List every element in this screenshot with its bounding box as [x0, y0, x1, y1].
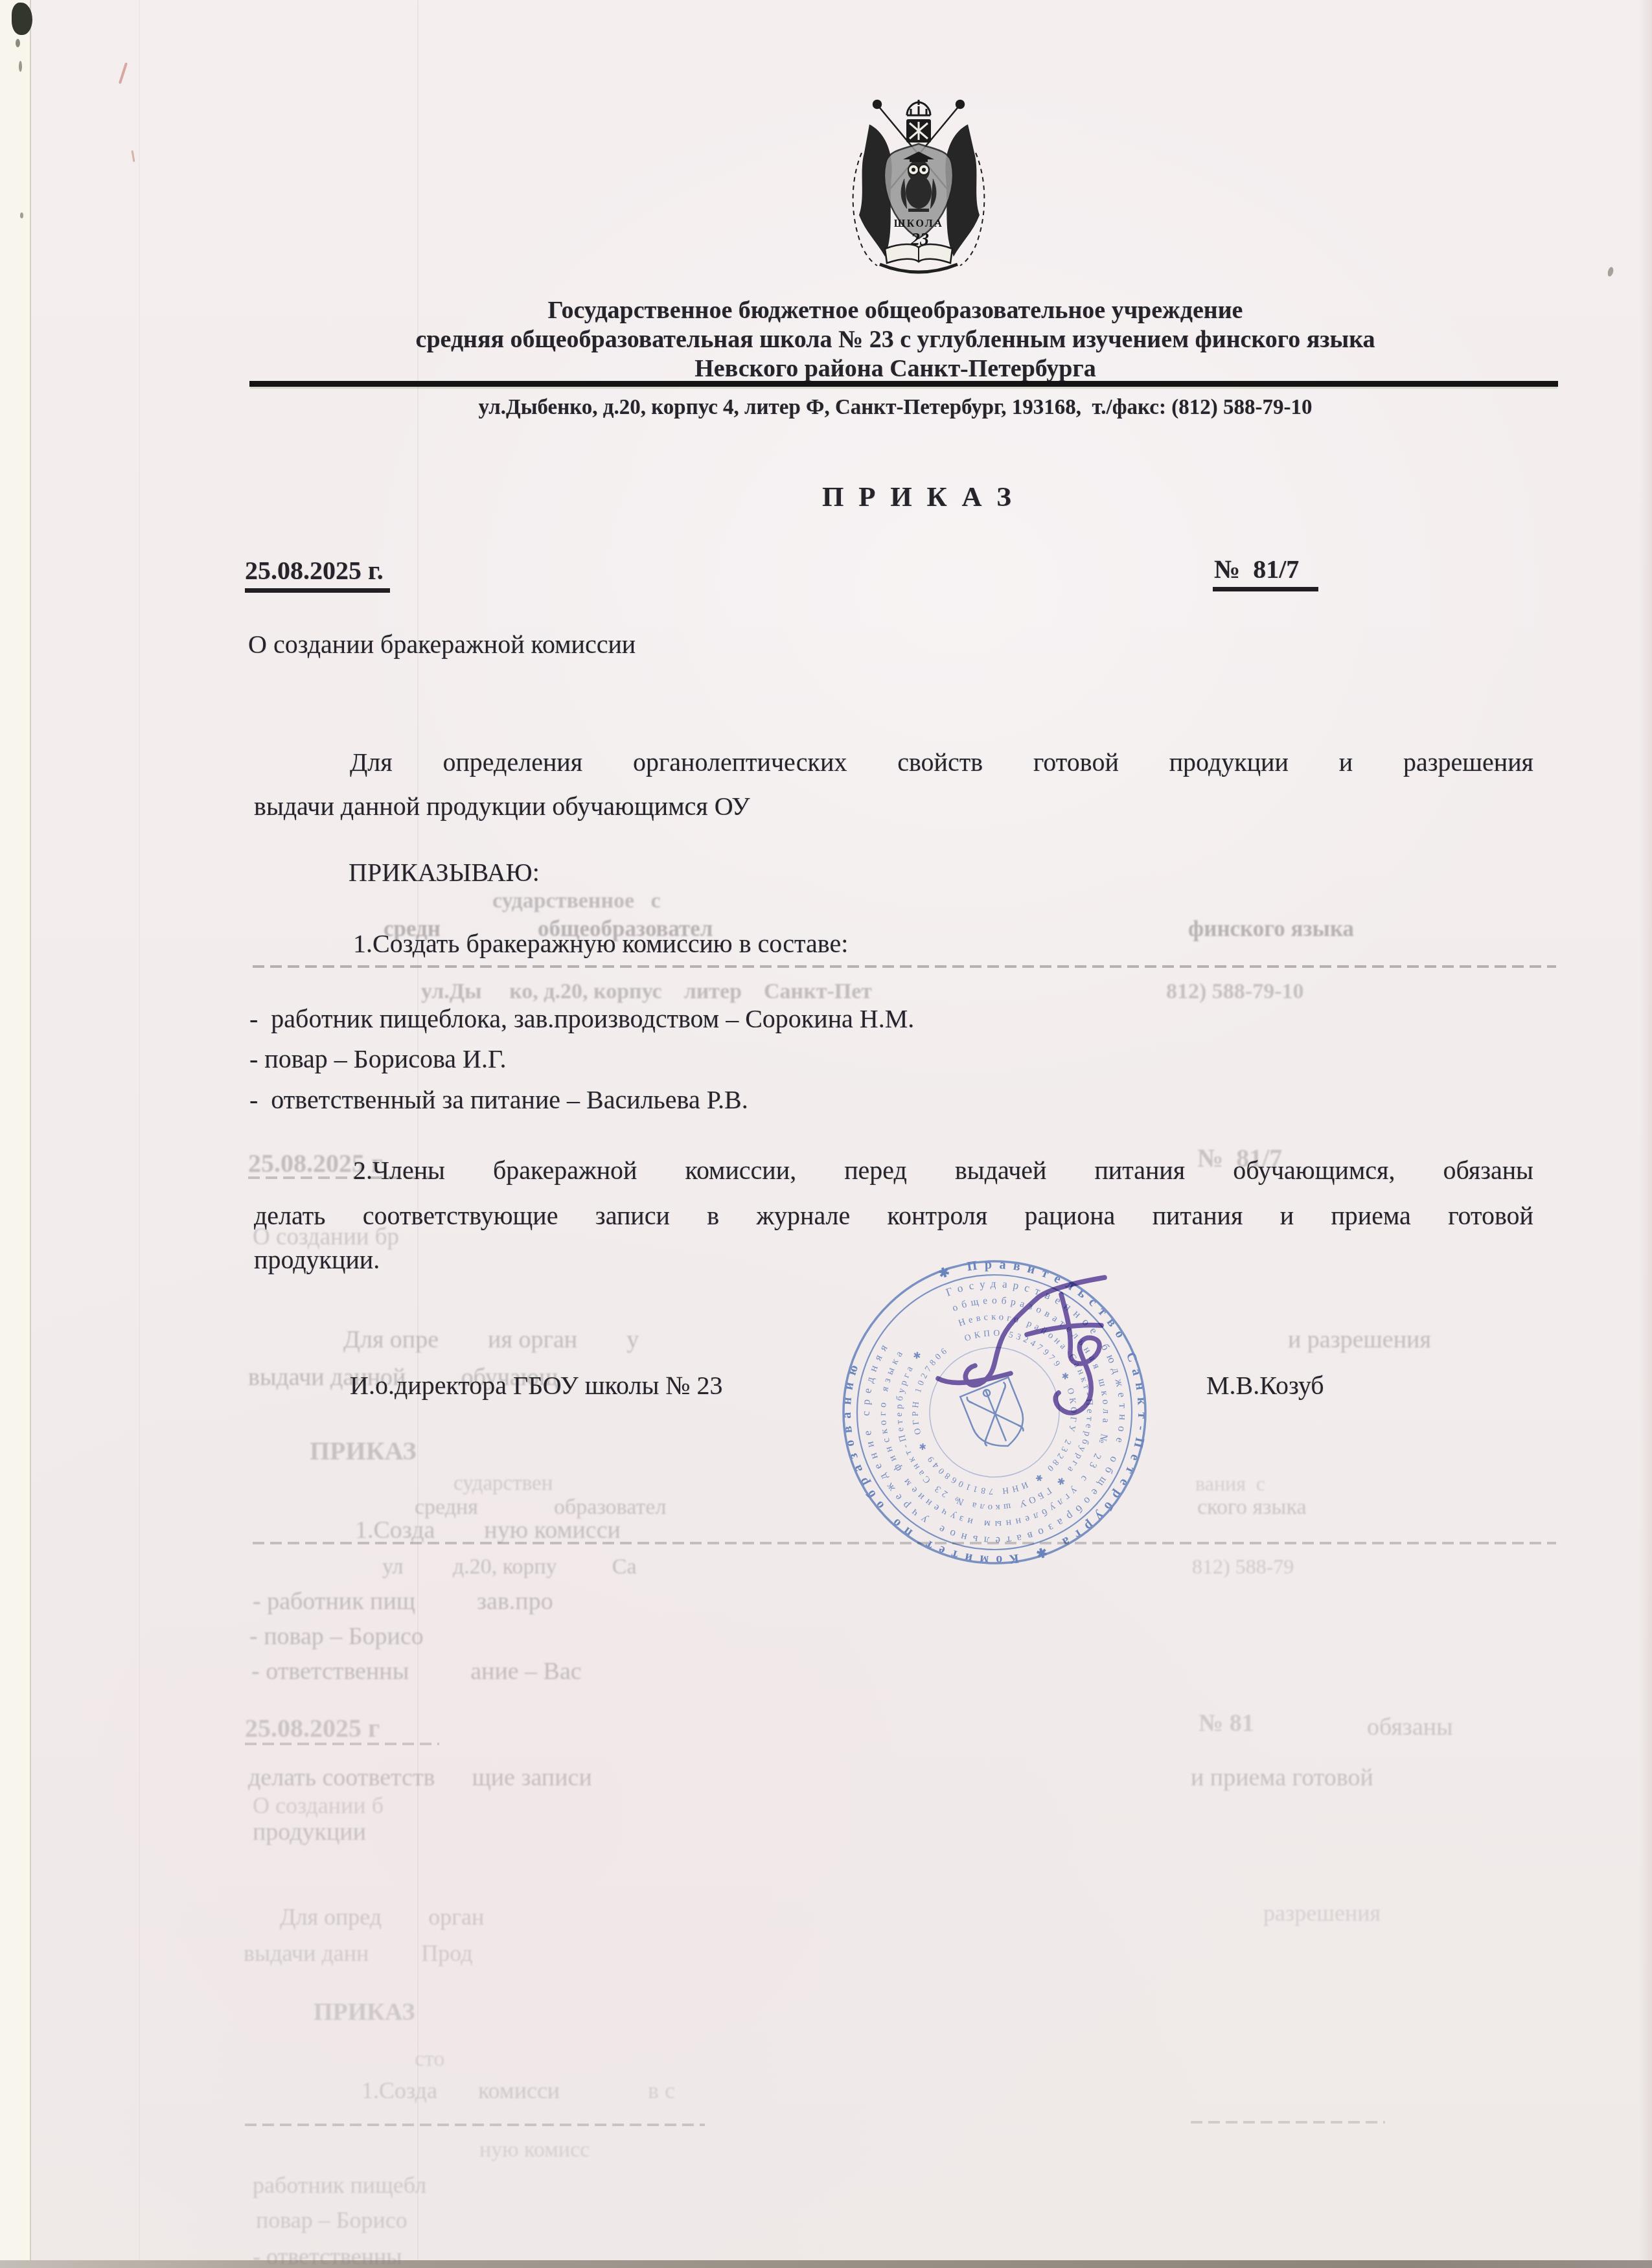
ghost-text: - ответственны [253, 2243, 402, 2268]
ghost-rule [1191, 2121, 1385, 2124]
scan-pink-scratch [119, 62, 128, 84]
member-line: - работник пищеблока, зав.производством … [249, 1005, 914, 1033]
scan-crease-vertical [139, 0, 140, 2268]
org-name-line3: Невского района Санкт-Петербурга [694, 356, 1096, 382]
scan-corner-smudge [12, 3, 32, 35]
org-name-line1: Государственное бюджетное общеобразовате… [548, 298, 1243, 324]
scanned-order-document: сударственное с средн общеобразовател фи… [0, 0, 1652, 2268]
paragraph1-line1: Для определения органолептических свойст… [350, 749, 1533, 776]
paragraph1-line2: выдачи данной продукции обучающимся ОУ [254, 793, 750, 820]
ghost-text: обязаны [1367, 1713, 1453, 1741]
scan-bottom-strip [0, 2260, 1652, 2268]
org-address: ул.Дыбенко, д.20, корпус 4, литер Ф, Сан… [479, 396, 1313, 419]
ghost-text: сударственное с [492, 889, 661, 913]
paragraph2-line2: делать соответствующие записи в журнале … [254, 1202, 1533, 1230]
ghost-text: - повар – Борисо [249, 1622, 424, 1651]
school-emblem: ШКОЛА 23 [840, 93, 998, 277]
ghost-text: финского языка [1188, 916, 1354, 942]
ghost-text: - работник пищ зав.про [253, 1587, 553, 1616]
order-title: П Р И К А З [822, 483, 1015, 512]
ghost-text: ПРИКАЗ [310, 1436, 417, 1466]
scan-speck [16, 39, 20, 47]
ghost-text: 1.Созда ную комисси [355, 1516, 621, 1544]
ghost-text: делать соответств щие записи [248, 1763, 592, 1792]
spb-arms-icon [906, 119, 931, 143]
ghost-text: 1.Созда комисси [361, 2077, 560, 2104]
ghost-text: в с [648, 2077, 675, 2104]
ghost-text: 25.08.2025 г [245, 1713, 380, 1743]
ghost-text: и приема готовой [1191, 1763, 1373, 1792]
member-line: - повар – Борисова И.Г. [249, 1046, 507, 1073]
order-number: № 81/7 [1213, 556, 1318, 583]
crown-icon [907, 100, 930, 115]
signer-position: И.о.директора ГБОУ школы № 23 [350, 1372, 722, 1399]
ghost-rule [245, 1743, 439, 1745]
ghost-text: продукции [253, 1818, 366, 1846]
scan-left-strip [0, 0, 31, 2268]
scan-pink-scratch [131, 150, 135, 162]
ghost-text: работник пищебл [253, 2171, 426, 2199]
ghost-text: Для опред орган [280, 1903, 484, 1930]
ghost-text: ского языка [1197, 1495, 1307, 1520]
ghost-text: и разрешения [1288, 1325, 1431, 1354]
ghost-text: - ответственны ание – Вас [251, 1657, 582, 1686]
order-date: 25.08.2025 г. [245, 557, 390, 584]
order-word: ПРИКАЗЫВАЮ: [349, 859, 540, 886]
ghost-text: О создании б [253, 1792, 384, 1819]
ghost-text: ул.Ды ко, д.20, корпус литер Санкт-Пет [421, 979, 872, 1004]
ghost-text: № 81 [1199, 1709, 1254, 1737]
handwritten-signature [901, 1244, 1179, 1458]
ghost-text: сто [415, 2047, 445, 2072]
point1: 1.Создать бракеражную комиссию в составе… [353, 930, 848, 957]
scan-speck [19, 61, 22, 72]
ghost-text: ную комисс [479, 2138, 590, 2162]
ghost-text: сударствен [453, 1472, 553, 1496]
ghost-text: вания с [1195, 1472, 1265, 1496]
ghost-text: Для опре ия орган у [343, 1325, 639, 1354]
ribbon-icon [880, 264, 958, 272]
ghost-text: повар – Борисо [256, 2206, 407, 2234]
paragraph2-line3: продукции. [254, 1246, 380, 1274]
emblem-school-word: ШКОЛА [894, 218, 943, 229]
ghost-text: ПРИКАЗ [314, 1998, 415, 2026]
scan-right-edge-shade [1639, 0, 1652, 2268]
scan-speck [20, 212, 23, 218]
order-subject: О создании бракеражной комиссии [248, 631, 636, 658]
ghost-text: ул д.20, корпу Са [382, 1555, 637, 1579]
signer-name: М.В.Козуб [1206, 1372, 1324, 1399]
ghost-text: 812) 588-79 [1192, 1555, 1294, 1579]
org-name-line2: средняя общеобразовательная школа № 23 с… [416, 327, 1375, 353]
scan-speck [1607, 266, 1614, 277]
ghost-text: выдачи данн Прод [244, 1940, 473, 1967]
header-rule [249, 381, 1558, 387]
ghost-text: 812) 588-79-10 [1166, 979, 1303, 1004]
ghost-rule [245, 2124, 705, 2126]
ghost-text: разрешения [1263, 1899, 1381, 1927]
ghost-rule [253, 965, 1556, 968]
member-line: - ответственный за питание – Васильева Р… [249, 1086, 748, 1114]
paragraph2-line1: 2.Члены бракеражной комиссии, перед выда… [353, 1157, 1533, 1184]
